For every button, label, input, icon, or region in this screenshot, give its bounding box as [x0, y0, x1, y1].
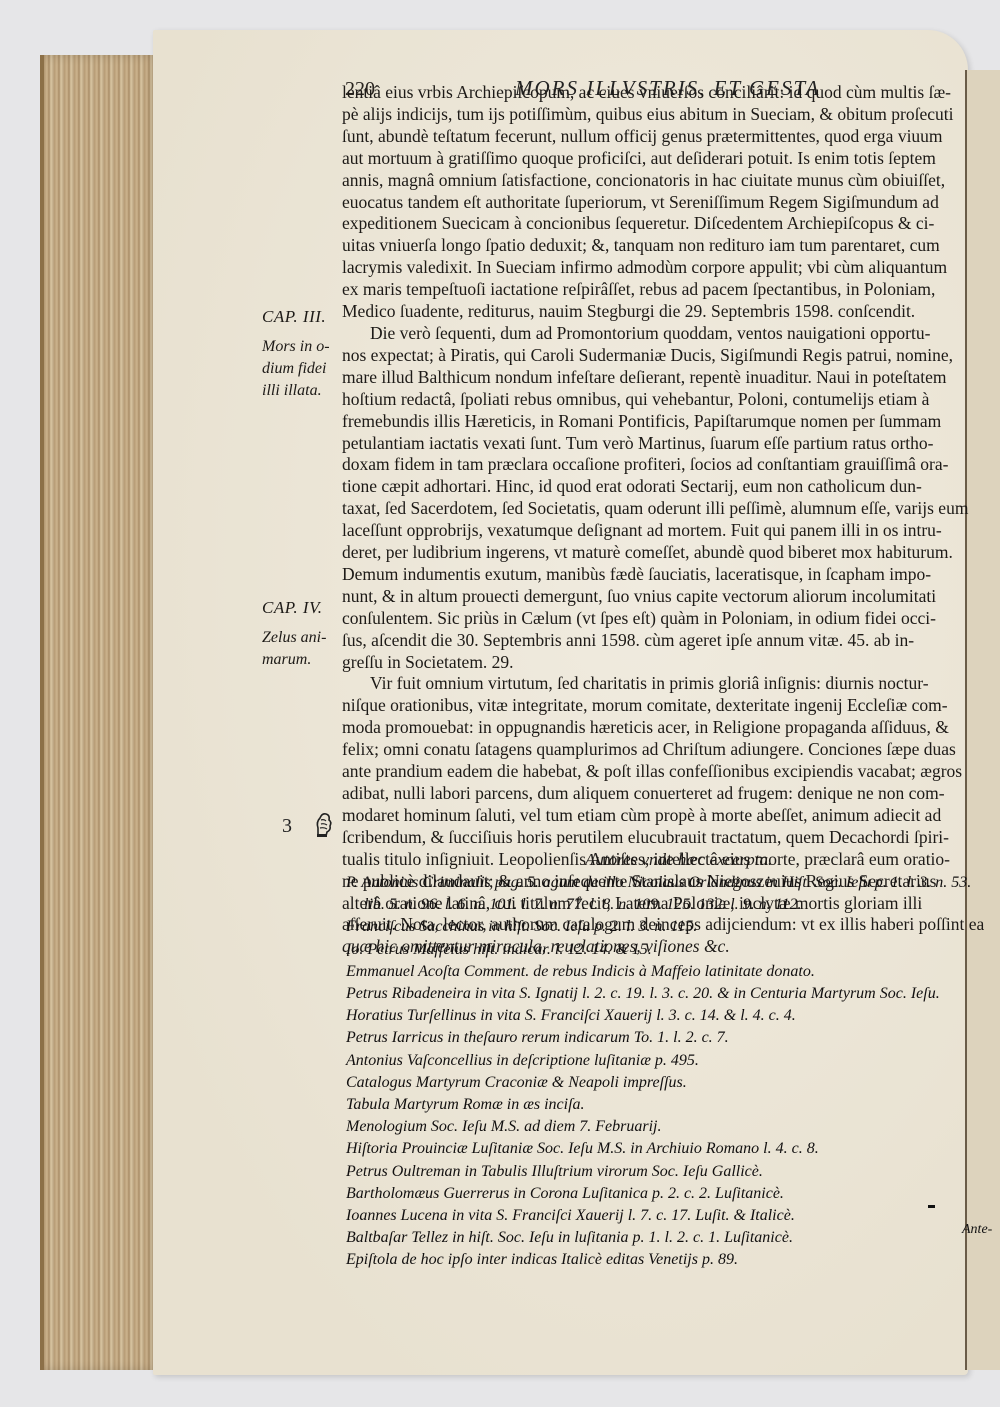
text-line: moda promouebat: in oppugnandis hæretici… [342, 717, 962, 739]
text-line: modaret hominum ſaluti, vel tum etiam cù… [342, 805, 962, 827]
manicule-hand-icon [312, 810, 336, 838]
reference-entry: Baltbaſar Tellez in hiſt. Soc. Ieſu in l… [346, 1227, 966, 1249]
margin-note-cap3: CAP. III. Mors in o- dium fidei illi ill… [262, 306, 342, 402]
text-line: hoſtium redactâ, ſpoliati rebus omnibus,… [342, 389, 962, 411]
text-line: Medico ſuadente, rediturus, nauim Stegbu… [342, 301, 962, 323]
text-line: tione cæpit adhortari. Hinc, id quod era… [342, 476, 962, 498]
text-line: greſſu in Societatem. 29. [342, 652, 962, 674]
reference-entry: P. Antonius Criminalis pag. 5. agunt de … [346, 872, 966, 894]
reference-entry: Io. Petrus Maffeius hiſt. indicar. l. 12… [346, 939, 966, 961]
reference-entry: Menologium Soc. Ieſu M.S. ad diem 7. Feb… [346, 1116, 966, 1138]
text-line: lentiâ eius vrbis Archiepiſcopum, ac ciu… [342, 82, 962, 104]
reference-entry: Emmanuel Acoſta Comment. de rebus Indici… [346, 961, 966, 983]
text-line: annis, magnâ omnium ſatisfactione, conci… [342, 170, 962, 192]
text-line: uitas vniuerſa longo ſpatio deduxit; &, … [342, 235, 962, 257]
book-page-edges [40, 55, 159, 1370]
reference-entry: Epiſtola de hoc ipſo inter indicas Itali… [346, 1249, 966, 1271]
references-list: P. Antonius Criminalis pag. 5. agunt de … [346, 872, 966, 1272]
reference-entry: Hiſtoria Prouinciæ Luſitaniæ Soc. Ieſu M… [346, 1138, 966, 1160]
chapter-label: CAP. III. [262, 306, 342, 328]
reference-entry: Franciſcus Sacchinus in hiſt. Soc. Ieſu … [346, 916, 966, 938]
reference-entry: Petrus Ribadeneira in vita S. Ignatij l.… [346, 983, 966, 1005]
text-line: nos expectat; à Piratis, qui Caroli Sude… [342, 345, 962, 367]
reference-entry: Catalogus Martyrum Craconiæ & Neapoli im… [346, 1072, 966, 1094]
text-line: fremebundis illis Hæreticis, in Romani P… [342, 411, 962, 433]
text-line: mare illud Balthicum nondum infeſtare de… [342, 367, 962, 389]
chapter-label: CAP. IV. [262, 597, 342, 619]
text-line: ante prandium eadem die habebat, & poſt … [342, 761, 962, 783]
paragraph-start-line: Vir fuit omnium virtutum, ſed charitatis… [342, 673, 962, 695]
reference-entry: Ioannes Lucena in vita S. Franciſci Xaue… [346, 1205, 966, 1227]
paragraph-start-line: Die verò ſequenti, dum ad Promontorium q… [342, 323, 962, 345]
text-line: niſque orationibus, vitæ integritate, mo… [342, 695, 962, 717]
text-line: aut mortuum à gratiſſimo quoque proficiſ… [342, 148, 962, 170]
catchword: Ante- [962, 1222, 992, 1238]
text-line: ſcribendum, & ſucciſiuis horis perutilem… [342, 827, 962, 849]
reference-entry-continuation: lib. 5. n. 96. l. 6. n. 101. l. 7. n. 77… [346, 894, 966, 916]
signature-mark: 3 [282, 815, 292, 838]
margin-note-line: dium fidei [262, 358, 342, 380]
text-line: pè alijs indicijs, tum ijs potiſſimùm, q… [342, 104, 962, 126]
text-line: adibat, nulli labori parcens, dum alique… [342, 783, 962, 805]
reference-entry: Antonius Vaſconcellius in deſcriptione l… [346, 1050, 966, 1072]
text-line: nunt, & in altum prouecti demergunt, ſuo… [342, 586, 962, 608]
text-line: taxat, ſed Sacerdotem, ſed Societatis, q… [342, 498, 962, 520]
body-text: lentiâ eius vrbis Archiepiſcopum, ac ciu… [342, 82, 962, 958]
ink-mark [928, 1205, 935, 1208]
text-line: laceſſunt opprobrijs, vexatumque deſigna… [342, 520, 962, 542]
reference-entry: Horatius Turſellinus in vita S. Franciſc… [346, 1005, 966, 1027]
reference-entry: Petrus Iarricus in theſauro rerum indica… [346, 1027, 966, 1049]
margin-note-cap4: CAP. IV. Zelus ani- marum. [262, 597, 342, 671]
text-line: ex maris tempeſtuoſi iactatione reſpirâſ… [342, 279, 962, 301]
text-line: ſus, aſcendit die 30. Septembris anni 15… [342, 630, 962, 652]
text-line: doxam fidem in tam præclara occaſione pr… [342, 454, 962, 476]
text-line: Demum indumentis exutum, manibùs fædè ſa… [342, 564, 962, 586]
text-line: petulantiam iactatis vexati ſunt. Tum ve… [342, 433, 962, 455]
text-line: deret, per ludibrium ingerens, vt maturè… [342, 542, 962, 564]
facing-page-edge [965, 70, 1000, 1370]
reference-entry: Bartholomæus Guerrerus in Corona Luſitan… [346, 1183, 966, 1205]
margin-note-line: Mors in o- [262, 336, 342, 358]
text-line: euocatus tandem eſt authoritate ſuperior… [342, 192, 962, 214]
text-line: lacrymis valedixit. In Sueciam infirmo a… [342, 257, 962, 279]
text-line: felix; omni conatu ſatagens quamplurimos… [342, 739, 962, 761]
references-heading: Autores vnde hæc excerpta. [585, 850, 772, 870]
text-line: ſunt, abundè teſtatum fecerunt, nullum o… [342, 126, 962, 148]
margin-note-line: illi illata. [262, 380, 342, 402]
reference-entry: Petrus Oultreman in Tabulis Illuſtrium v… [346, 1161, 966, 1183]
reference-entry: Tabula Martyrum Romæ in æs inciſa. [346, 1094, 966, 1116]
margin-note-line: Zelus ani- [262, 627, 342, 649]
margin-note-line: marum. [262, 649, 342, 671]
text-line: conſulentem. Sic priùs in Cælum (vt ſpes… [342, 608, 962, 630]
text-line: expeditionem Suecicam à concionibus ſequ… [342, 213, 962, 235]
